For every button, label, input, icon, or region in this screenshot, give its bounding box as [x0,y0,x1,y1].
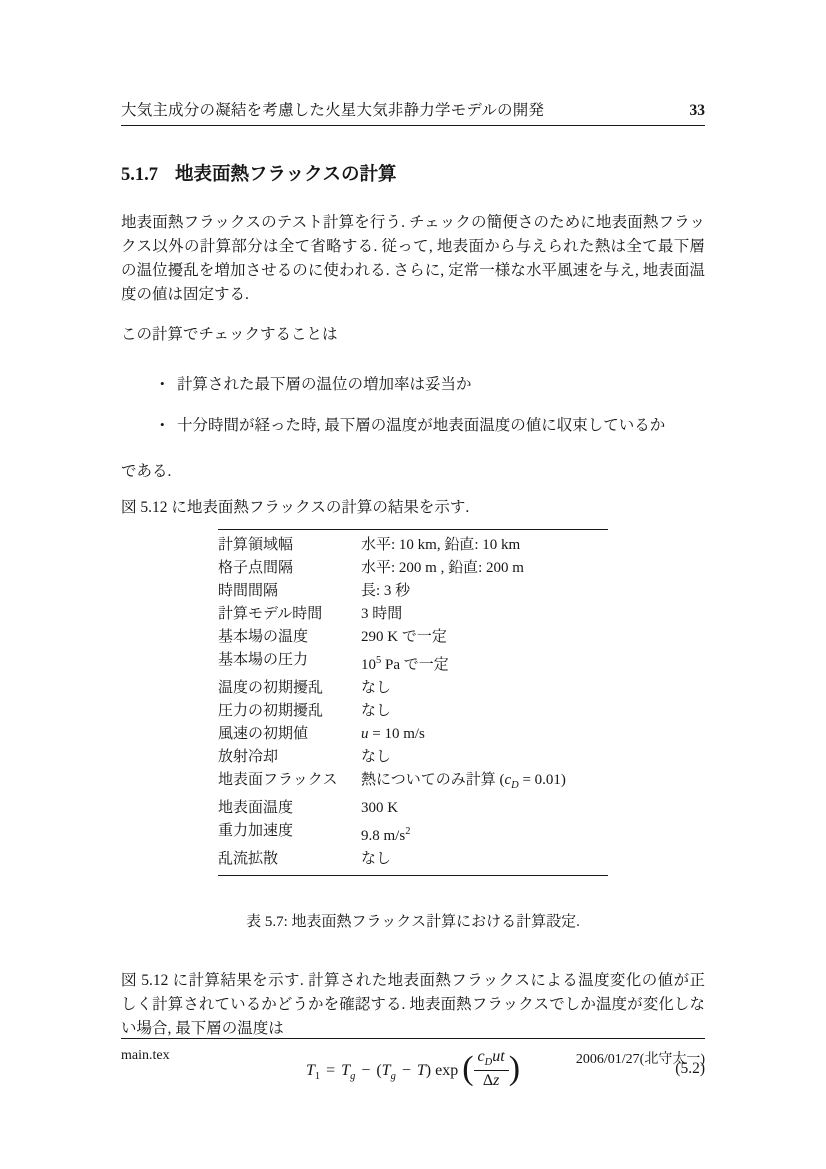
table-row-label: 地表面温度 [218,797,361,820]
table-row-value: 熱についてのみ計算 (cD = 0.01) [361,769,608,797]
table-value-segment: 長: 3 秒 [361,583,410,599]
table-value-segment: 3 時間 [361,606,402,622]
page-number: 33 [690,102,706,120]
table-row: 重力加速度9.8 m/s2 [218,820,608,848]
table-value-segment: = 0.01) [519,772,566,788]
settings-table: 計算領域幅水平: 10 km, 鉛直: 10 km格子点間隔水平: 200 m … [218,529,608,876]
table-row-label: 温度の初期擾乱 [218,677,361,700]
table-row-label: 放射冷却 [218,746,361,769]
table-row-value: なし [361,746,608,769]
table-value-segment: 2 [405,826,410,837]
table-row-value: 水平: 10 km, 鉛直: 10 km [361,534,608,557]
bullet-item: •計算された最下層の温位の増加率は妥当か [177,373,705,397]
table-value-segment: u [361,726,369,742]
table-row-value: 300 K [361,797,608,820]
table-row: 乱流拡散なし [218,848,608,871]
section-title: 地表面熱フラックスの計算 [175,163,396,184]
table-row-label: 計算領域幅 [218,534,361,557]
table-row-label: 地表面フラックス [218,769,361,797]
table-row-label: 風速の初期値 [218,723,361,746]
table-row: 放射冷却なし [218,746,608,769]
table-row-value: 長: 3 秒 [361,580,608,603]
table-row-label: 基本場の圧力 [218,649,361,677]
table-value-segment: 9.8 m/s [361,828,405,844]
section-number: 5.1.7 [121,165,158,185]
table-value-segment: 熱についてのみ計算 ( [361,772,504,788]
bullet-icon: • [160,413,165,437]
table-row: 風速の初期値u = 10 m/s [218,723,608,746]
table-row: 地表面フラックス熱についてのみ計算 (cD = 0.01) [218,769,608,797]
table-row: 基本場の圧力105 Pa で一定 [218,649,608,677]
table-row: 時間間隔長: 3 秒 [218,580,608,603]
eq-var: z [493,1072,499,1089]
table-value-segment: なし [361,851,391,867]
table-caption: 表 5.7: 地表面熱フラックス計算における計算設定. [121,910,705,931]
table-value-segment: 300 K [361,800,398,816]
table-row-label: 乱流拡散 [218,848,361,871]
bullet-list: •計算された最下層の温位の増加率は妥当か•十分時間が経った時, 最下層の温度が地… [121,373,705,438]
table-value-segment: D [511,780,519,791]
table-row-value: 3 時間 [361,603,608,626]
table-value-segment: 10 [361,657,376,673]
paragraph: 図 5.12 に計算結果を示す. 計算された地表面熱フラックスによる温度変化の値… [121,969,705,1041]
table-value-segment: 290 K で一定 [361,629,447,645]
table-value-segment: なし [361,749,391,765]
table-row: 圧力の初期擾乱なし [218,700,608,723]
eq-sub: g [391,1071,396,1082]
footer-date-author: 2006/01/27(北守太一) [576,1048,705,1068]
footer-filename: main.tex [121,1048,170,1068]
table-value-segment: なし [361,703,391,719]
section-heading: 5.1.7地表面熱フラックスの計算 [121,160,705,186]
table-row-label: 時間間隔 [218,580,361,603]
table-row-label: 計算モデル時間 [218,603,361,626]
table-row-value: なし [361,677,608,700]
table-value-segment: なし [361,680,391,696]
table-row: 基本場の温度290 K で一定 [218,626,608,649]
eq-sub: g [350,1071,355,1082]
table-row-value: なし [361,848,608,871]
paragraph: この計算でチェックすることは [121,323,705,347]
table-value-segment: 水平: 200 m , 鉛直: 200 m [361,560,524,576]
table-row: 温度の初期擾乱なし [218,677,608,700]
table-row-value: 290 K で一定 [361,626,608,649]
running-head-title: 大気主成分の凝結を考慮した火星大気非静力学モデルの開発 [121,98,544,120]
table-row-label: 格子点間隔 [218,557,361,580]
eq-delta: Δ [483,1072,493,1089]
table-row: 地表面温度300 K [218,797,608,820]
figure-reference: 図 5.12 に地表面熱フラックスの計算の結果を示す. [121,496,705,520]
paragraph: 地表面熱フラックスのテスト計算を行う. チェックの簡便さのために地表面熱フラック… [121,211,705,307]
bullet-item: •十分時間が経った時, 最下層の温度が地表面温度の値に収束しているか [177,414,705,438]
table-value-segment: = 10 m/s [369,726,425,742]
table-row-label: 重力加速度 [218,820,361,848]
table-row-value: 105 Pa で一定 [361,649,608,677]
paragraph: である. [121,460,705,484]
table-value-segment: Pa で一定 [381,657,449,673]
table-row: 計算モデル時間3 時間 [218,603,608,626]
table-row-label: 圧力の初期擾乱 [218,700,361,723]
bullet-icon: • [160,372,165,396]
table-row: 格子点間隔水平: 200 m , 鉛直: 200 m [218,557,608,580]
fraction-denominator: Δz [474,1071,509,1090]
table-row: 計算領域幅水平: 10 km, 鉛直: 10 km [218,534,608,557]
bullet-text: 十分時間が経った時, 最下層の温度が地表面温度の値に収束しているか [177,417,665,434]
table-row-value: u = 10 m/s [361,723,608,746]
running-head: 大気主成分の凝結を考慮した火星大気非静力学モデルの開発 33 [121,98,705,126]
eq-sub: 1 [315,1071,320,1082]
document-page: 大気主成分の凝結を考慮した火星大気非静力学モデルの開発 33 5.1.7地表面熱… [0,0,826,1169]
table-row-value: なし [361,700,608,723]
table-value-segment: 水平: 10 km, 鉛直: 10 km [361,537,520,553]
table-row-value: 9.8 m/s2 [361,820,608,848]
page-footer: main.tex 2006/01/27(北守太一) [121,1038,705,1068]
table-row-label: 基本場の温度 [218,626,361,649]
table-row-value: 水平: 200 m , 鉛直: 200 m [361,557,608,580]
bullet-text: 計算された最下層の温位の増加率は妥当か [177,376,472,393]
